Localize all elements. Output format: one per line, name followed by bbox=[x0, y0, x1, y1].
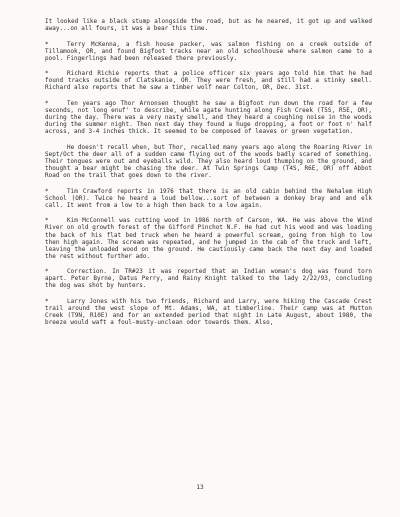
paragraph-text: Correction. In TR#23 it was reported tha… bbox=[45, 268, 372, 289]
paragraph-text: Richard Richie reports that a police off… bbox=[45, 70, 372, 91]
paragraph-terry-mckenna: *Terry McKenna, a fish house packer, was… bbox=[45, 41, 372, 62]
bullet-asterisk: * bbox=[45, 268, 67, 275]
page-number: 13 bbox=[0, 484, 400, 491]
document-page: It looked like a black stump alongside t… bbox=[45, 18, 372, 335]
bullet-asterisk: * bbox=[45, 298, 67, 305]
paragraph-text: Tim Crawford reports in 1976 that there … bbox=[45, 188, 372, 209]
bullet-asterisk: * bbox=[45, 70, 67, 77]
paragraph-text: Ten years ago Thor Arnonsen thought he s… bbox=[45, 100, 372, 135]
paragraph-correction: *Correction. In TR#23 it was reported th… bbox=[45, 268, 372, 289]
bullet-asterisk: * bbox=[45, 100, 67, 107]
paragraph-text: Kim McConnell was cutting wood in 1986 n… bbox=[45, 217, 372, 259]
paragraph-thor-arnonsen: *Ten years ago Thor Arnonsen thought he … bbox=[45, 100, 372, 135]
bullet-asterisk: * bbox=[45, 188, 67, 195]
paragraph-kim-mcconnell: *Kim McConnell was cutting wood in 1986 … bbox=[45, 217, 372, 260]
paragraph-text: It looked like a black stump alongside t… bbox=[45, 18, 372, 32]
paragraph-text: Terry McKenna, a fish house packer, was … bbox=[45, 41, 372, 62]
paragraph-bear-stump: It looked like a black stump alongside t… bbox=[45, 18, 372, 32]
paragraph-text: Larry Jones with his two friends, Richar… bbox=[45, 298, 372, 326]
paragraph-larry-jones: *Larry Jones with his two friends, Richa… bbox=[45, 298, 372, 326]
paragraph-text: He doesn't recall when, but Thor, recall… bbox=[45, 144, 372, 179]
paragraph-roaring-river: He doesn't recall when, but Thor, recall… bbox=[45, 144, 372, 179]
paragraph-tim-crawford: *Tim Crawford reports in 1976 that there… bbox=[45, 188, 372, 209]
paragraph-richard-richie: *Richard Richie reports that a police of… bbox=[45, 70, 372, 91]
bullet-asterisk: * bbox=[45, 41, 67, 48]
bullet-asterisk: * bbox=[45, 217, 67, 224]
